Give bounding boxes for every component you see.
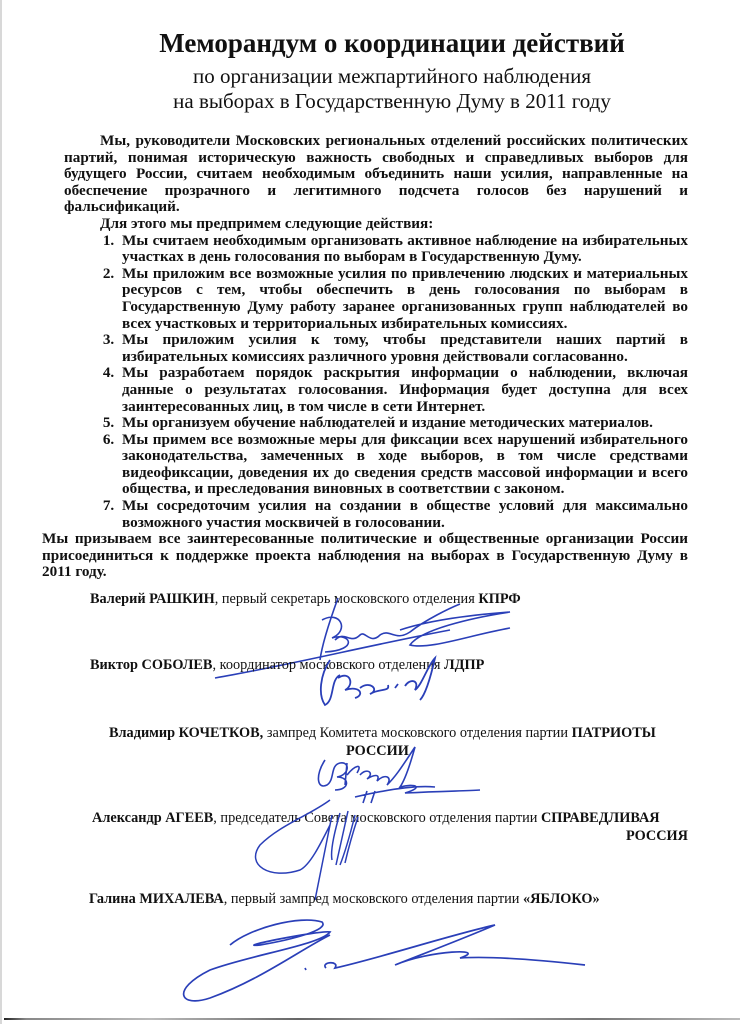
signatory-name: Валерий РАШКИН [90,591,215,607]
signatory-name: Галина МИХАЛЕВА [89,891,224,907]
signatory-mikhaleva: Галина МИХАЛЕВА, первый зампред московск… [89,891,600,908]
signatory-position: , первый зампред московского отделения п… [224,891,523,907]
closing-paragraph: Мы призываем все заинтересованные полити… [42,531,688,581]
signatory-name: Владимир КОЧЕТКОВ, [109,725,263,741]
action-item-7: Мы сосредоточим усилия на создании в общ… [118,498,688,531]
document-subtitle-line2: на выборах в Государственную Думу в 2011… [20,89,744,114]
scan-edge [0,0,2,1024]
bottom-rule [4,1018,740,1020]
document-title: Меморандум о координации действий [20,28,744,59]
memorandum-page: Меморандум о координации действий по орг… [0,0,744,1024]
signatory-party: СПРАВЕДЛИВАЯ [541,810,660,826]
intro-paragraph: Мы, руководители Московских региональных… [64,133,688,216]
signatory-party: ПАТРИОТЫ [572,725,656,741]
signatory-name: Александр АГЕЕВ [92,810,213,826]
signature-sobolev-icon [310,650,450,710]
signatory-party: ЛДПР [444,657,484,673]
actions-lead: Для этого мы предпримем следующие действ… [64,216,688,233]
action-item-6: Мы примем все возможные меры для фиксаци… [118,432,688,498]
action-item-1: Мы считаем необходимым организовать акти… [118,233,688,266]
signatory-ageev-party-cont: РОССИЯ [626,828,688,845]
signatory-name: Виктор СОБОЛЕВ [90,657,212,673]
signature-ageev-icon [240,795,380,905]
action-item-2: Мы приложим все возможные усилия по прив… [118,266,688,332]
actions-list: Мы считаем необходимым организовать акти… [64,233,688,532]
signatory-party: «ЯБЛОКО» [523,891,600,907]
memorandum-body: Мы, руководители Московских региональных… [64,133,688,581]
document-subtitle-line1: по организации межпартийного наблюдения [20,64,744,89]
signature-mikhaleva-icon [170,910,590,1010]
action-item-3: Мы приложим усилия к тому, чтобы предста… [118,332,688,365]
action-item-4: Мы разработаем порядок раскрытия информа… [118,365,688,415]
action-item-5: Мы организуем обучение наблюдателей и из… [118,415,688,432]
